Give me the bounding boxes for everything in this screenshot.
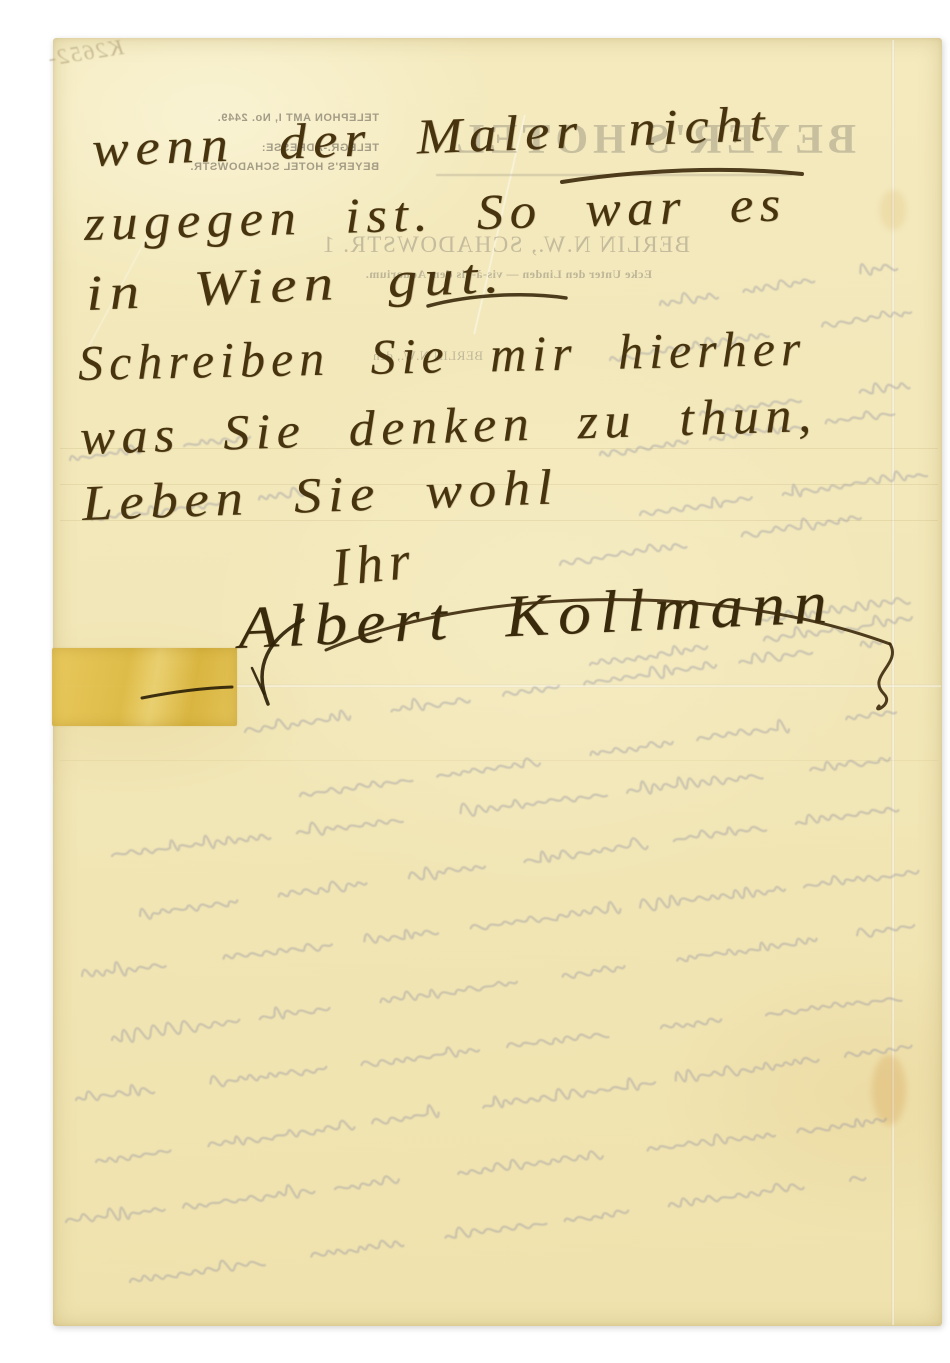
repair-tape-patch bbox=[52, 648, 237, 726]
scanned-letter-page: TELEPHON AMT I, No. 2449. TELEGR.-ADRESS… bbox=[0, 0, 950, 1363]
